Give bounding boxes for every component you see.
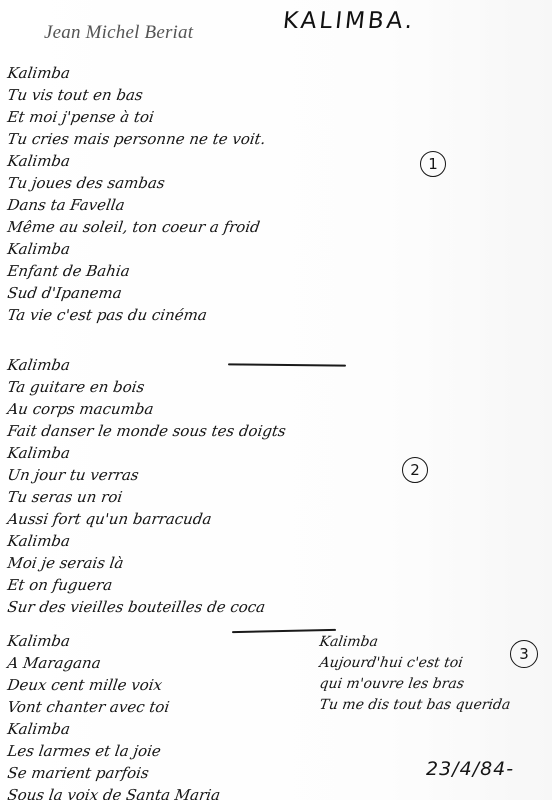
lyric-line: Se marient parfois [6,762,222,784]
lyric-line: Enfant de Bahia [6,260,267,282]
verse-2: Kalimba Ta guitare en bois Au corps macu… [6,354,284,618]
verse-number: 1 [428,155,438,173]
lyric-line: Et moi j'pense à toi [6,106,267,128]
lyric-line: Même au soleil, ton coeur a froid [6,216,267,238]
verse-1: Kalimba Tu vis tout en bas Et moi j'pens… [6,62,264,326]
manuscript-page: Jean Michel Beriat KALIMBA. Kalimba Tu v… [0,0,552,800]
manuscript-date: 23/4/84- [426,758,514,780]
lyric-line: Kalimba [6,530,287,552]
verse-3-side: Kalimba Aujourd'hui c'est toi qui m'ouvr… [318,632,509,716]
lyric-line: Kalimba [6,238,267,260]
lyric-line: Kalimba [6,442,287,464]
song-title: KALIMBA. [282,8,417,34]
lyric-line: Fait danser le monde sous tes doigts [6,420,287,442]
lyric-line: Au corps macumba [6,398,287,420]
lyric-line: Un jour tu verras [6,464,287,486]
lyric-line: Sous la voix de Santa Maria [6,784,222,800]
verse-number-1-circle: 1 [420,151,446,177]
lyric-line: Sur des vieilles bouteilles de coca [6,596,287,618]
lyric-line: Tu seras un roi [6,486,287,508]
letterhead-author: Jean Michel Beriat [44,22,193,44]
verse-number-3-circle: 3 [510,640,538,668]
lyric-line: Les larmes et la joie [6,740,222,762]
verse-3: Kalimba A Maragana Deux cent mille voix … [6,630,219,800]
lyric-line: Sud d'Ipanema [6,282,267,304]
lyric-line: Ta guitare en bois [6,376,287,398]
lyric-line: Dans ta Favella [6,194,267,216]
lyric-line: Deux cent mille voix [6,674,222,696]
lyric-line: Moi je serais là [6,552,287,574]
lyric-line: Kalimba [6,630,222,652]
lyric-line: Ta vie c'est pas du cinéma [6,304,267,326]
lyric-line: Tu me dis tout bas querida [318,695,512,716]
lyric-line: Tu cries mais personne ne te voit. [6,128,267,150]
lyric-line: Tu joues des sambas [6,172,267,194]
lyric-line: Vont chanter avec toi [6,696,222,718]
lyric-line: Et on fuguera [6,574,287,596]
verse-number: 3 [519,645,529,663]
verse-number: 2 [410,461,420,479]
lyric-line: Kalimba [6,62,267,84]
lyric-line: Kalimba [6,150,267,172]
lyric-line: Aussi fort qu'un barracuda [6,508,287,530]
lyric-line: Kalimba [6,718,222,740]
lyric-line: Aujourd'hui c'est toi [318,653,512,674]
verse-number-2-circle: 2 [402,457,428,483]
lyric-line: qui m'ouvre les bras [318,674,512,695]
lyric-line: Kalimba [6,354,287,376]
lyric-line: Tu vis tout en bas [6,84,267,106]
lyric-line: A Maragana [6,652,222,674]
lyric-line: Kalimba [318,632,512,653]
